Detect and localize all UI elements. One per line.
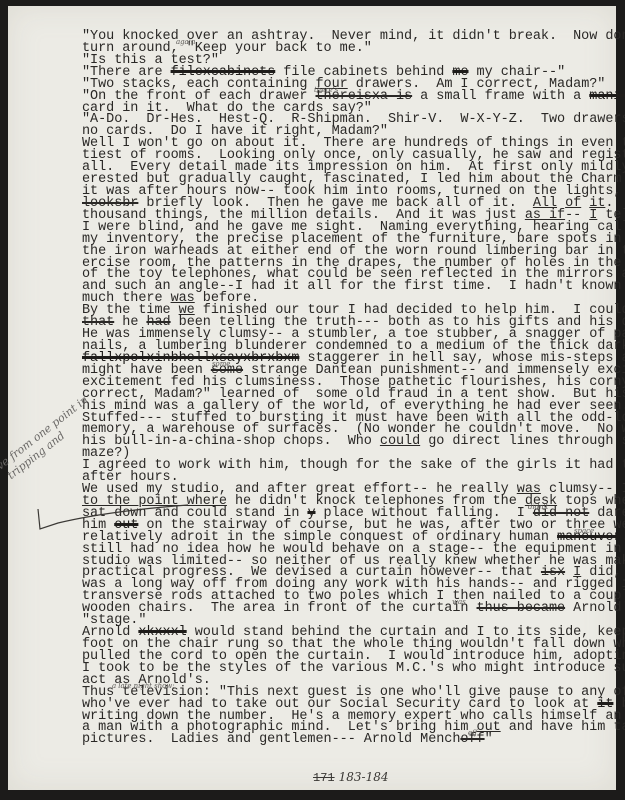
handwritten-insertion: again — [176, 37, 195, 49]
text-line: his bull-in-a-china-shop chops. Who coul… — [82, 436, 622, 448]
handwritten-insertion: space — [574, 526, 594, 538]
text-line: wooden chairs. The area in front of the … — [82, 603, 622, 615]
margin-arrow-icon — [28, 501, 198, 541]
handwritten-insertion: some — [212, 359, 230, 371]
handwritten-insertion: eff — [468, 728, 477, 740]
handwritten-insertion: didn't — [528, 502, 548, 514]
text-line: pictures. Ladies and gentlemen--- Arnold… — [82, 734, 622, 746]
handwritten-insertion: a late night show: — [112, 681, 175, 693]
new-page-number: 183-184 — [339, 770, 389, 784]
page-number: 171183-184 — [313, 770, 388, 785]
handwritten-insertion: was — [452, 597, 466, 609]
typescript-body: "You knocked over an ashtray. Never mind… — [82, 31, 622, 746]
typescript-page: "You knocked over an ashtray. Never mind… — [8, 6, 616, 790]
old-page-number: 171 — [313, 771, 335, 785]
handwritten-insertion: there's — [314, 85, 338, 97]
